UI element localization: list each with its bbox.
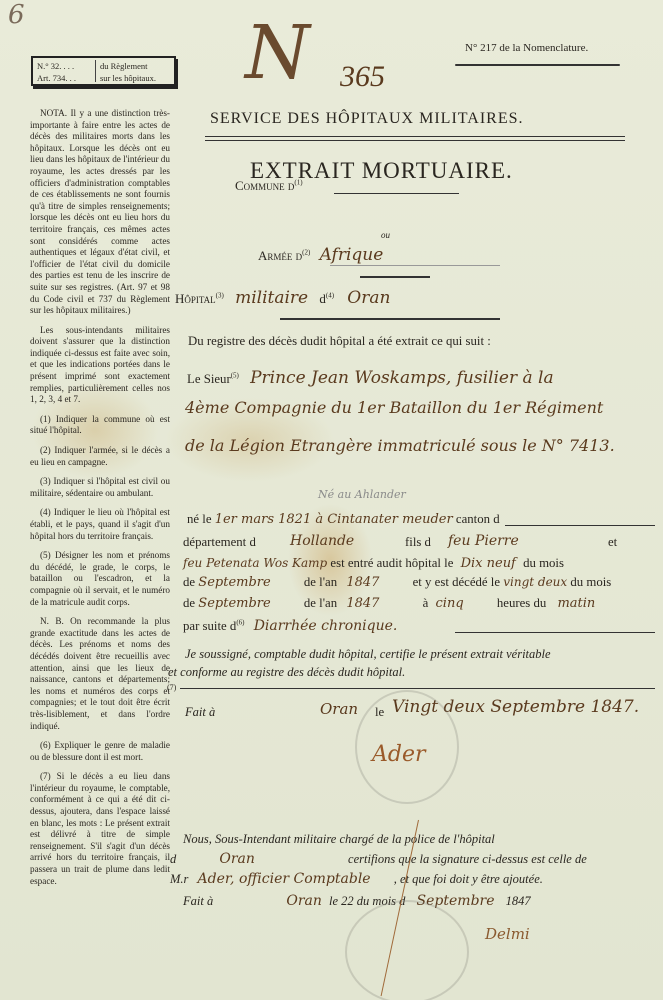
stamp-seal-2 <box>345 900 469 1000</box>
note-7: (7) Si le décès a eu lieu dans l'intérie… <box>30 771 170 887</box>
died-year: 1847 <box>346 596 379 611</box>
entered-label: est entré audit hôpital le <box>330 556 453 570</box>
sous-intendant-certify-text: certifions que la signature ci-dessus es… <box>348 852 587 866</box>
sous-intendant-year: 1847 <box>506 894 531 908</box>
hopital-field: Hôpital(3) militaire d(4) Oran <box>175 288 390 308</box>
commune-note: (1) <box>294 179 302 187</box>
sous-intendant-line-3: M.r Ader, officier Comptable , et que fo… <box>170 871 543 887</box>
sous-intendant-fait-label: Fait à <box>183 894 213 908</box>
left-notes-column: NOTA. Il y a une distinction très-import… <box>30 108 170 895</box>
died-du-mois-label: du mois <box>570 575 611 589</box>
sous-intendant-line-1: Nous, Sous-Intendant militaire chargé de… <box>183 832 495 847</box>
armee-note: (2) <box>302 249 310 257</box>
sous-intendant-le-label: le <box>329 894 338 908</box>
note-1: (1) Indiquer la commune où est situé l'h… <box>30 414 170 437</box>
entered-month: Septembre <box>198 575 270 590</box>
entered-day: Dix neuf <box>461 556 516 571</box>
sous-intendant-line-2: d Oran certifions que la signature ci-de… <box>170 851 587 867</box>
armee-value: Afrique <box>320 245 384 265</box>
entered-month-prefix: de <box>183 575 195 589</box>
sous-intendant-fait-line: Fait à Oran le 22 du mois d Septembre 18… <box>183 893 531 909</box>
cause-label: par suite d <box>183 619 236 633</box>
ref-reglement: du Règlement <box>100 60 156 72</box>
sieur-note: (5) <box>231 372 239 380</box>
ne-le-label: né le <box>187 512 212 526</box>
entered-du-mois-label: du mois <box>523 556 564 570</box>
ref-article: Art. 734. . . <box>37 72 95 84</box>
note-2: (2) Indiquer l'armée, si le décès a eu l… <box>30 445 170 468</box>
sieur-label: Le Sieur <box>187 372 231 386</box>
cause-underline <box>455 632 655 633</box>
ou-connector: ou <box>381 230 390 240</box>
corner-page-mark: 6 <box>8 0 25 30</box>
fait-a-place: Oran <box>320 700 358 718</box>
service-title: SERVICE DES HÔPITAUX MILITAIRES. <box>210 110 523 128</box>
nomenclature-number: N° 217 de la Nomenclature. <box>465 42 588 54</box>
departement-value: Hollande <box>290 533 354 549</box>
faint-annotation: Né au Ahlander <box>318 488 406 501</box>
commune-field: Commune d(1) <box>235 178 303 194</box>
cause-line: par suite d(6) Diarrhée chronique. <box>183 618 397 634</box>
death-hour: cinq <box>436 596 464 611</box>
heures-du-label: heures du <box>497 596 546 610</box>
fils-label: fils d <box>405 535 431 550</box>
ref-hopitaux: sur les hôpitaux. <box>100 72 156 84</box>
father-name: feu Pierre <box>448 533 519 549</box>
note-3: (3) Indiquer si l'hôpital est civil ou m… <box>30 476 170 499</box>
service-divider <box>205 136 625 141</box>
hopital-d-note: (4) <box>326 292 334 300</box>
armee-divider <box>360 276 430 278</box>
departement-label: département d <box>183 535 256 550</box>
note-5: (5) Désigner les nom et prénoms du décéd… <box>30 550 170 608</box>
time-of-day: matin <box>557 596 595 611</box>
cause-note: (6) <box>236 619 244 627</box>
hopital-divider <box>280 318 500 320</box>
died-month: Septembre <box>198 596 270 611</box>
canton-underline <box>505 525 655 526</box>
nomenclature-divider <box>455 64 620 66</box>
sous-intendants-paragraph: Les sous-intendants militaires doivent s… <box>30 325 170 406</box>
nota-paragraph: NOTA. Il y a une distinction très-import… <box>30 108 170 317</box>
admission-line: feu Petenata Wos Kamp est entré audit hô… <box>183 556 564 571</box>
ref-number: N.° 32. . . . <box>37 60 95 72</box>
accountant-signature: Ader <box>372 742 426 767</box>
armee-label: Armée d <box>258 248 302 263</box>
note-6: (6) Expliquer le genre de maladie ou de … <box>30 740 170 763</box>
admission-month-line: de Septembre de l'an 1847 et y est décéd… <box>183 575 611 590</box>
armee-field: Armée d(2) Afrique <box>258 245 383 265</box>
note-7-marker: (7) <box>167 683 176 692</box>
died-day: vingt deux <box>503 575 567 589</box>
fait-a-label: Fait à <box>185 705 215 720</box>
birth-date-place: 1er mars 1821 à Cintanater meuder <box>215 512 453 527</box>
foi-text: , et que foi doit y être ajoutée. <box>394 872 543 886</box>
death-time-line: de Septembre de l'an 1847 à cinq heures … <box>183 596 595 611</box>
sous-intendant-d-label: d <box>170 852 176 866</box>
title-divider <box>334 193 459 194</box>
monsieur-label: M.r <box>170 872 188 886</box>
note-4: (4) Indiquer le lieu où l'hôpital est ét… <box>30 507 170 542</box>
et-label: et <box>608 535 617 550</box>
commune-label: Commune d <box>235 178 294 193</box>
deceased-name-line-1: Prince Jean Woskamps, fusilier à la <box>250 368 554 388</box>
officer-name: Ader, officier Comptable <box>198 871 371 887</box>
armee-underline <box>330 265 500 266</box>
entered-year-label: de l'an <box>304 575 337 589</box>
entered-year: 1847 <box>346 575 379 590</box>
register-number: 365 <box>340 60 385 94</box>
sous-intendant-day: 22 <box>341 894 354 908</box>
cause-of-death: Diarrhée chronique. <box>254 618 398 634</box>
note-nb: N. B. On recommande la plus grande exact… <box>30 616 170 732</box>
sous-intendant-signature: Delmi <box>485 925 530 943</box>
canton-label: canton d <box>456 512 500 526</box>
deceased-name-line-3: de la Légion Etrangère immatriculé sous … <box>185 436 615 455</box>
died-year-label: de l'an <box>304 596 337 610</box>
note-7-line <box>180 688 655 689</box>
hopital-location-value: Oran <box>347 288 390 308</box>
hopital-type-value: militaire <box>235 288 308 308</box>
certification-line-2: et conforme au registre des décès dudit … <box>168 665 405 680</box>
died-month-prefix: de <box>183 596 195 610</box>
a-label: à <box>423 596 429 610</box>
register-intro: Du registre des décès dudit hôpital a ét… <box>188 334 491 349</box>
sous-intendant-fait-place: Oran <box>286 893 322 909</box>
sieur-line-1: Le Sieur(5) Prince Jean Woskamps, fusili… <box>187 368 554 388</box>
mother-name: feu Petenata Wos Kamp <box>183 556 327 570</box>
regulation-reference-box: N.° 32. . . . Art. 734. . . du Règlement… <box>31 56 176 86</box>
hopital-label: Hôpital <box>175 291 216 306</box>
sous-intendant-place: Oran <box>219 851 255 867</box>
died-label: et y est décédé le <box>413 575 500 589</box>
deceased-name-line-2: 4ème Compagnie du 1er Bataillon du 1er R… <box>185 398 603 417</box>
certification-line-1: Je soussigné, comptable dudit hôpital, c… <box>185 647 551 662</box>
register-number-prefix: N <box>245 10 310 96</box>
hopital-note: (3) <box>216 292 224 300</box>
